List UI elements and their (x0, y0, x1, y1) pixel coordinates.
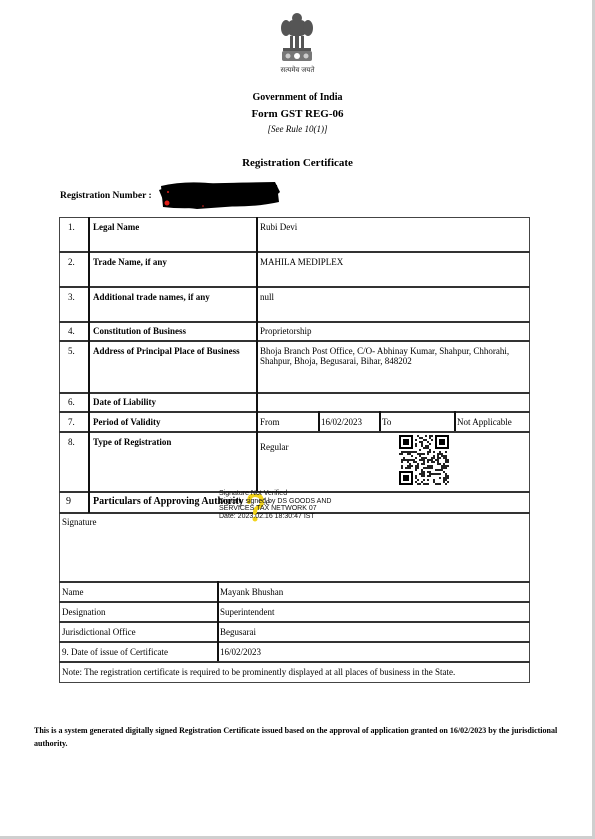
row-divider (59, 601, 530, 603)
column-divider (88, 217, 90, 513)
signature-signed-by-cont: SERVICES TAX NETWORK 07 (219, 505, 331, 513)
registration-number-label: Registration Number : (60, 191, 152, 201)
rule-reference: [See Rule 10(1)] (0, 124, 595, 134)
signature-date: Date: 2023.02.16 18:30:47 IST (219, 513, 331, 521)
issue-date-value: 16/02/2023 (220, 647, 261, 657)
row-divider (59, 251, 530, 253)
row-number: 7. (68, 417, 75, 427)
display-note: Note: The registration certificate is re… (62, 667, 527, 677)
address-value: Bhoja Branch Post Office, C/O- Abhinay K… (260, 346, 522, 366)
row-divider (59, 340, 530, 342)
additional-trade-names-label: Additional trade names, if any (93, 292, 210, 302)
date-of-liability-label: Date of Liability (93, 397, 156, 407)
validity-to-label: To (382, 417, 391, 427)
validity-from-label: From (260, 417, 280, 427)
column-divider (318, 411, 320, 431)
row-divider (59, 641, 530, 643)
trade-name-value: MAHILA MEDIPLEX (260, 257, 343, 267)
issue-date-label: 9. Date of issue of Certificate (62, 647, 168, 657)
row-divider (59, 431, 530, 433)
row-number: 9 (66, 497, 71, 507)
row-number: 3. (68, 292, 75, 302)
row-divider (59, 581, 530, 583)
signature-status: Signature Not Verified (219, 490, 331, 498)
form-title: Form GST REG-06 (0, 108, 595, 120)
jurisdictional-office-label: Jurisdictional Office (62, 627, 136, 637)
row-divider (59, 621, 530, 623)
row-number: 5. (68, 346, 75, 356)
column-divider (256, 217, 258, 491)
designation-label: Designation (62, 607, 106, 617)
address-label: Address of Principal Place of Business (93, 346, 243, 356)
row-divider (59, 321, 530, 323)
column-divider (217, 581, 219, 661)
registration-number-redaction (157, 180, 281, 210)
digital-signature-block: Signature Not Verified Digitally signed … (219, 490, 331, 520)
national-motto: सत्यमेव जयते (240, 66, 355, 75)
row-divider (59, 392, 530, 394)
column-divider (454, 411, 456, 431)
authority-name-label: Name (62, 587, 84, 597)
type-of-registration-value: Regular (260, 442, 289, 452)
system-generated-footer: This is a system generated digitally sig… (34, 724, 564, 750)
designation-value: Superintendent (220, 607, 275, 617)
signature-signed-by: Digitally signed by DS GOODS AND (219, 498, 331, 506)
constitution-value: Proprietorship (260, 326, 312, 336)
row-number: 1. (68, 222, 75, 232)
row-divider (59, 661, 530, 663)
row-divider (59, 411, 530, 413)
legal-name-value: Rubi Devi (260, 222, 297, 232)
type-of-registration-label: Type of Registration (93, 437, 171, 447)
national-emblem-icon (274, 10, 320, 66)
validity-from-value: 16/02/2023 (321, 417, 362, 427)
certificate-title: Registration Certificate (0, 157, 595, 169)
government-heading: Government of India (0, 92, 595, 103)
additional-trade-names-value: null (260, 292, 274, 302)
period-of-validity-label: Period of Validity (93, 417, 161, 427)
validity-to-value: Not Applicable (457, 417, 512, 427)
authority-name-value: Mayank Bhushan (220, 587, 283, 597)
qr-code-icon[interactable] (399, 435, 449, 485)
signature-label: Signature (62, 517, 97, 527)
row-number: 4. (68, 326, 75, 336)
row-number: 6. (68, 397, 75, 407)
column-divider (379, 411, 381, 431)
constitution-label: Constitution of Business (93, 326, 186, 336)
row-number: 8. (68, 437, 75, 447)
legal-name-label: Legal Name (93, 222, 139, 232)
row-number: 2. (68, 257, 75, 267)
jurisdictional-office-value: Begusarai (220, 627, 256, 637)
trade-name-label: Trade Name, if any (93, 257, 167, 267)
row-divider (59, 286, 530, 288)
